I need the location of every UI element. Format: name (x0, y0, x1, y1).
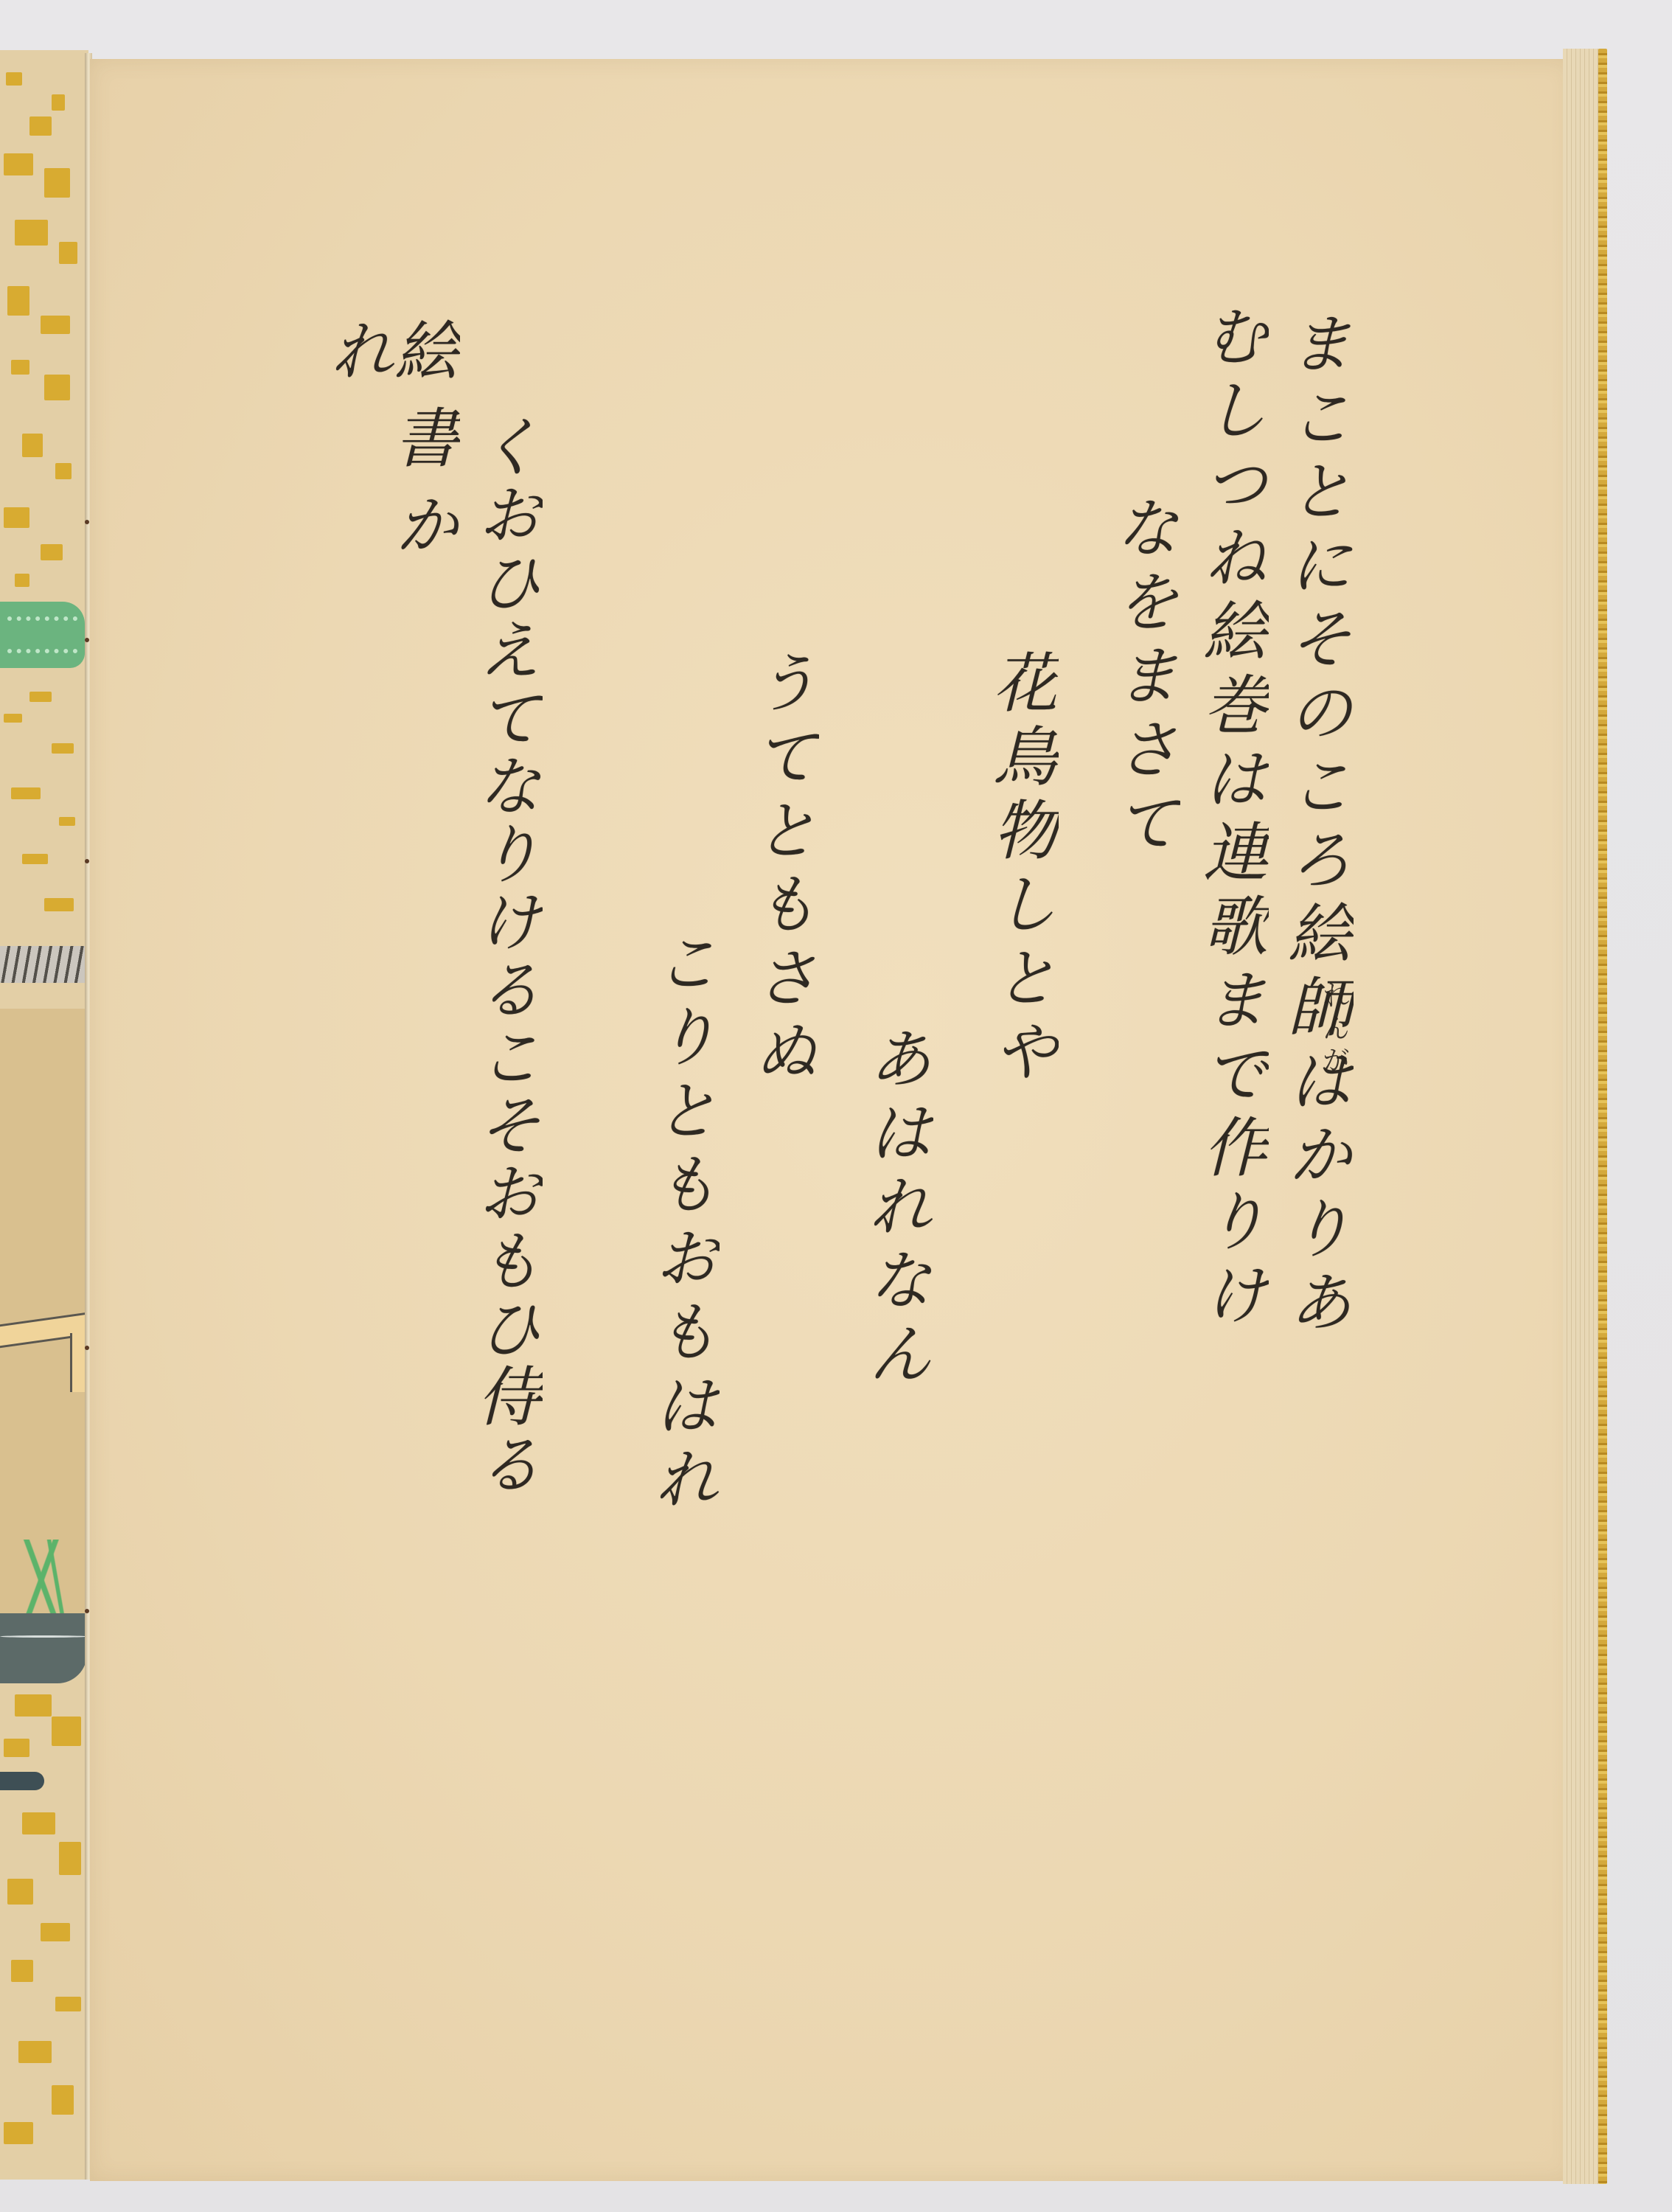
gold-leaf-fleck (4, 2122, 33, 2144)
gold-leaf-fleck (41, 1923, 70, 1941)
gold-leaf-fleck (7, 1879, 33, 1905)
gold-leaf-fleck (52, 1717, 81, 1746)
binding-hole (85, 520, 89, 524)
gold-leaf-fleck (52, 743, 74, 754)
gold-leaf-fleck (22, 1812, 55, 1834)
gold-leaf-fleck (52, 2085, 74, 2115)
gold-leaf-fleck (15, 220, 48, 246)
text-column-5: あはれなん (863, 1025, 927, 1438)
gold-leaf-fleck (41, 544, 63, 560)
text-column-6: うてともさぬ (748, 649, 813, 1180)
painted-rock (0, 1772, 44, 1790)
binding-hole (85, 1346, 89, 1350)
binding-hole (85, 859, 89, 863)
gold-leaf-fleck (4, 153, 33, 175)
furigana-annotation: れんが (1320, 981, 1348, 1099)
gold-leaf-fleck (59, 817, 75, 826)
text-column-8: くおひえてなりけるこそおもひ侍る (472, 413, 537, 2057)
painted-grass (0, 1540, 87, 1621)
binding-hole (85, 1609, 89, 1613)
illustration-page (0, 50, 88, 2180)
gold-leaf-fleck (11, 1960, 33, 1982)
gold-leaf-fleck (4, 507, 29, 528)
gold-leaf-fleck (29, 692, 52, 702)
gold-leaf-fleck (29, 116, 52, 136)
gold-leaf-fleck (59, 242, 77, 264)
gold-leaf-fleck (44, 898, 74, 911)
gold-leaf-fleck (11, 360, 29, 375)
gold-leaf-fleck (52, 94, 65, 111)
gold-leaf-fleck (22, 434, 43, 457)
gold-leaf-fleck (44, 375, 70, 400)
gold-leaf-fleck (4, 1739, 29, 1757)
gold-leaf-fleck (7, 286, 29, 316)
text-column-4: 花鳥物しとや (988, 649, 1053, 1224)
binding-hole (85, 638, 89, 642)
painted-fur (0, 946, 85, 983)
gold-leaf-fleck (11, 787, 41, 799)
gold-leaf-fleck (44, 168, 70, 198)
gilt-fore-edge (1598, 49, 1607, 2184)
gold-leaf-fleck (59, 1842, 81, 1875)
text-column-1: まことにそのころ絵師はかりあ (1283, 310, 1348, 2065)
gold-leaf-fleck (55, 463, 72, 479)
gold-leaf-fleck (15, 1694, 52, 1717)
text-column-7: こりともおもはれ (649, 929, 714, 1652)
gold-leaf-fleck (55, 1997, 81, 2011)
text-column-2: むしつね絵巻は連歌まで作りけ (1198, 302, 1263, 1740)
painted-bench-leg (70, 1333, 86, 1392)
text-column-3: なをまさて (1110, 494, 1174, 951)
painted-green-cloth (0, 602, 85, 668)
gold-leaf-fleck (22, 854, 48, 864)
gold-leaf-fleck (6, 72, 22, 86)
gold-leaf-fleck (41, 316, 70, 334)
gold-leaf-fleck (15, 574, 29, 587)
text-column-9: 絵書かれ (324, 317, 454, 664)
gold-leaf-fleck (4, 714, 22, 723)
gold-leaf-fleck (18, 2041, 52, 2063)
painted-stream (0, 1613, 87, 1683)
